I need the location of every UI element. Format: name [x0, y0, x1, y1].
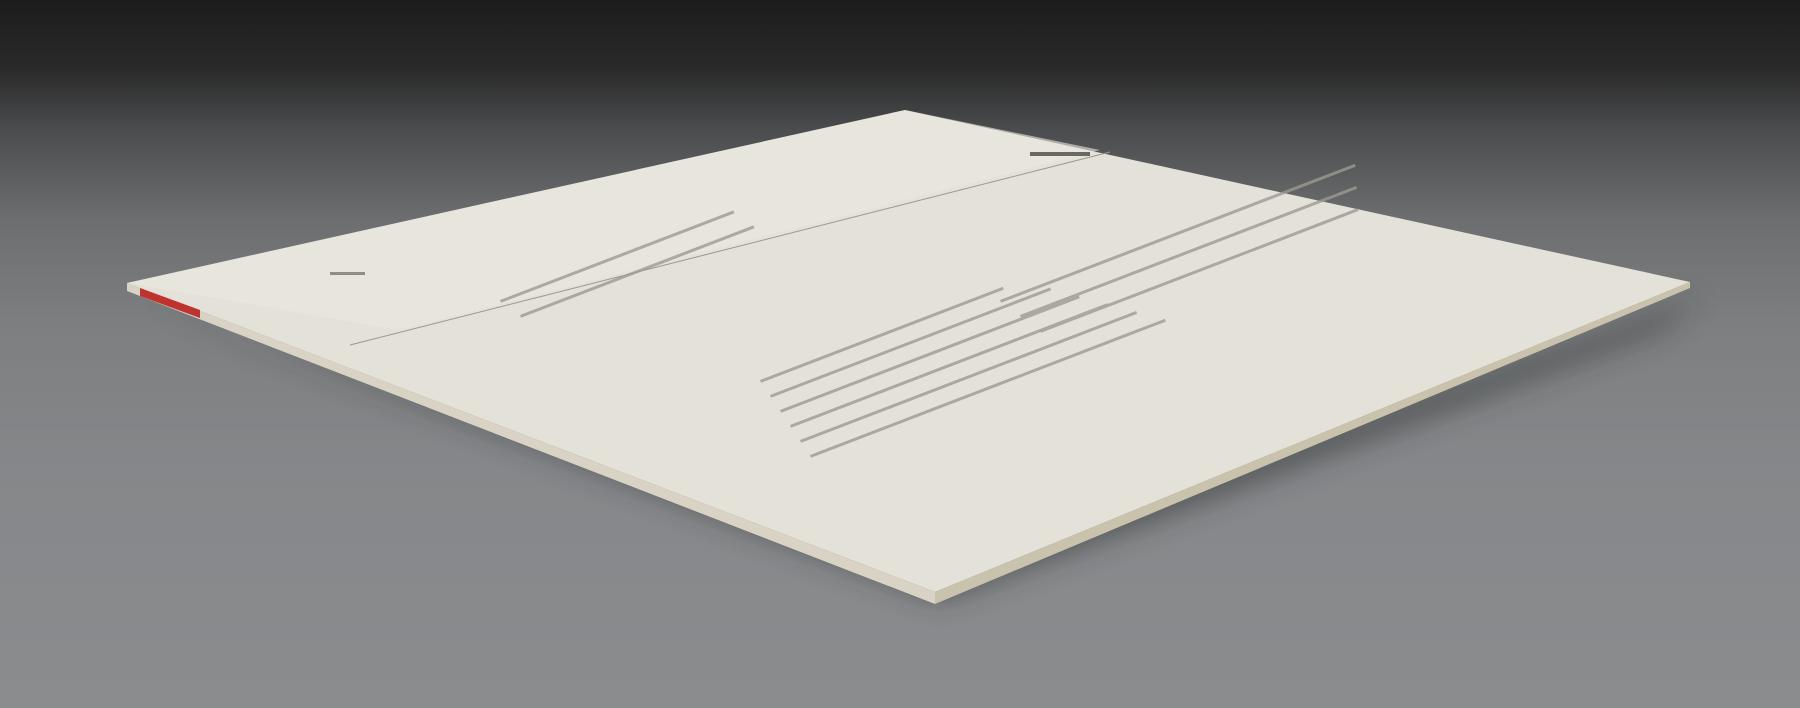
lp-jacket [0, 0, 1800, 708]
photo-scene [0, 0, 1800, 708]
